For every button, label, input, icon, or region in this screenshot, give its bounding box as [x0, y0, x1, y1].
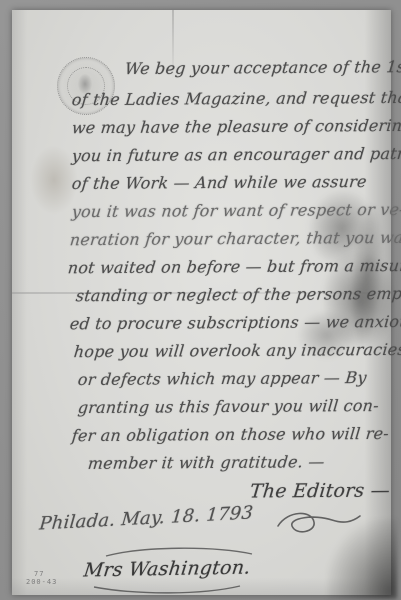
handwritten-line: of the Ladies Magazine, and request that	[71, 88, 401, 109]
handwritten-line: standing or neglect of the persons emplo…	[75, 284, 401, 305]
addressee-flourish-bottom-icon	[92, 583, 242, 595]
handwritten-line: fer an obligation on those who will re-	[71, 424, 390, 445]
scanned-letter-page: We beg your acceptance of the 1st Vol. o…	[0, 0, 401, 600]
handwritten-line: granting us this favour you will con-	[77, 396, 380, 417]
dateline: Philada. May. 18. 1793	[38, 502, 254, 534]
catalog-annotation: 77 200-43	[26, 570, 57, 586]
handwritten-line: you it was not for want of respect or ve…	[71, 200, 401, 221]
paper-stain	[30, 145, 78, 215]
handwritten-line: ed to procure subscriptions — we anxious…	[69, 312, 401, 334]
handwritten-line: of the Work — And while we assure	[71, 172, 368, 193]
signature-editors: The Editors —	[249, 480, 391, 503]
handwritten-line: neration for your character, that you wa…	[69, 228, 401, 249]
handwritten-line: hope you will overlook any inaccuracies	[73, 340, 401, 361]
addressee-name: Mrs Washington.	[82, 557, 251, 582]
handwritten-line: not waited on before — but from a misund…	[67, 256, 401, 278]
handwritten-line: member it with gratitude. —	[87, 452, 326, 473]
scan-corner-shadow	[327, 519, 397, 599]
catalog-annotation-line2: 200-43	[26, 578, 57, 586]
handwritten-line: we may have the pleasure of considering	[71, 116, 401, 137]
handwritten-line: you in future as an encourager and patro…	[71, 144, 401, 165]
handwritten-line: or defects which may appear — By	[77, 368, 368, 389]
letter-paper: We beg your acceptance of the 1st Vol. o…	[12, 10, 391, 595]
catalog-annotation-line1: 77	[26, 570, 57, 578]
handwritten-line: We beg your acceptance of the 1st Vol.	[124, 57, 401, 78]
